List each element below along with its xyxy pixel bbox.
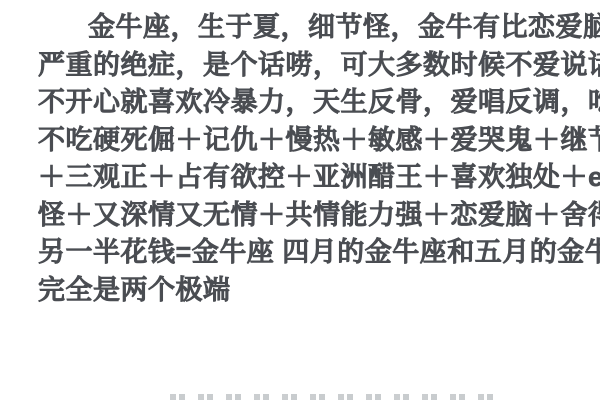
text-line: ＋三观正＋占有欲控＋亚洲醋王＋喜欢独处＋emo xyxy=(38,159,578,197)
text-line: 怪＋又深情又无情＋共情能力强＋恋爱脑＋舍得给 xyxy=(38,197,578,235)
post-text: 金牛座，生于夏，细节怪，金牛有比恋爱脑更 严重的绝症，是个话唠，可大多数时候不爱… xyxy=(38,9,578,309)
text-line: 严重的绝症，是个话唠，可大多数时候不爱说话， xyxy=(38,47,578,85)
text-line: 另一半花钱=金牛座 四月的金牛座和五月的金牛座 xyxy=(38,234,578,272)
text-line: 不开心就喜欢冷暴力，天生反骨，爱唱反调，吃软 xyxy=(38,84,578,122)
cutoff-text-line xyxy=(170,394,500,400)
text-line: 金牛座，生于夏，细节怪，金牛有比恋爱脑更 xyxy=(38,9,578,47)
text-line: 不吃硬死倔＋记仇＋慢热＋敏感＋爱哭鬼＋继节怪 xyxy=(38,122,578,160)
text-line: 完全是两个极端 xyxy=(38,272,578,310)
